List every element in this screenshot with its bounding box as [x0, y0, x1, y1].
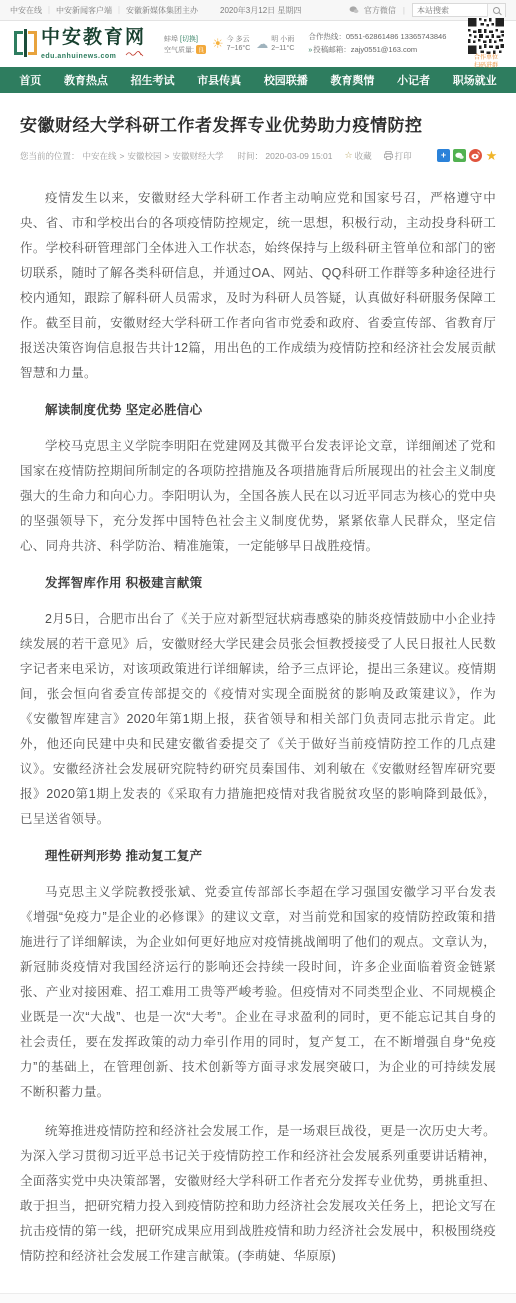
topbar-divider: | [403, 6, 405, 15]
contact-info: 合作热线：0551-62861486 13365743846 »投稿邮箱：zaj… [308, 30, 446, 58]
breadcrumb-separator: > [120, 151, 125, 161]
search-icon [493, 7, 500, 14]
weather-switch-link[interactable]: [切换] [180, 34, 198, 44]
logo-brackets-icon [14, 30, 37, 56]
printer-icon [384, 151, 393, 160]
sun-icon: ☀ [212, 36, 224, 52]
site-name: 中安教育网 [41, 28, 146, 47]
qr-caption-line1: 合作单位 [464, 55, 508, 62]
weather-today-temp: 7~16°C [227, 44, 251, 53]
paragraph: 疫情发生以来，安徽财经大学科研工作者主动响应党和国家号召，严格遵守中央、省、市和… [20, 186, 496, 386]
nav-item-campus-broadcast[interactable]: 校园联播 [264, 72, 308, 88]
qr-code-block: 合作单位 扫码进群 [464, 18, 508, 69]
section-heading: 理性研判形势 推动复工复产 [20, 846, 496, 864]
wechat-icon [349, 6, 359, 14]
weather-city: 蚌埠 [164, 34, 178, 44]
air-quality-label: 空气质量: [164, 45, 194, 55]
site-url: edu.anhuinews.com [41, 50, 146, 60]
nav-item-career[interactable]: 职场就业 [453, 72, 497, 88]
weather-tomorrow-label: 明 小雨 [271, 35, 294, 44]
email-label: 投稿邮箱： [313, 45, 351, 54]
article-body: 疫情发生以来，安徽财经大学科研工作者主动响应党和国家号召，严格遵守中央、省、市和… [18, 172, 498, 1269]
nav-item-junior-reporter[interactable]: 小记者 [397, 72, 430, 88]
collect-button[interactable]: ☆ 收藏 [345, 150, 372, 162]
breadcrumb-item-home[interactable]: 中安在线 [83, 150, 117, 162]
share-toolbar: + ★ [437, 149, 498, 162]
share-weibo-button[interactable] [469, 149, 482, 162]
section-heading: 解读制度优势 坚定必胜信心 [20, 400, 496, 418]
nav-item-county-fax[interactable]: 市县传真 [197, 72, 241, 88]
publish-time: 2020-03-09 15:01 [265, 151, 332, 161]
site-logo[interactable]: 中安教育网 edu.anhuinews.com [14, 28, 146, 60]
qr-caption-line2: 扫码进群 [464, 63, 508, 70]
topbar-link-news-app[interactable]: 中安新闻客户端 [56, 5, 112, 16]
paragraph: 马克思主义学院教授张斌、党委宣传部部长李超在学习强国安徽学习平台发表《增强“免疫… [20, 880, 496, 1105]
current-date: 2020年3月12日 星期四 [220, 5, 301, 16]
weather-tomorrow-temp: 2~11°C [271, 44, 294, 53]
weather-today-label: 今 多云 [227, 35, 251, 44]
main-nav: 首页 教育热点 招生考试 市县传真 校园联播 教育舆情 小记者 职场就业 [0, 67, 516, 93]
top-utility-bar: 中安在线 ｜ 中安新闻客户端 ｜ 安徽新媒体集团主办 2020年3月12日 星期… [0, 0, 516, 21]
share-more-button[interactable]: + [437, 149, 450, 162]
section-heading: 发挥智库作用 积极建言献策 [20, 573, 496, 591]
arrow-icon: » [308, 47, 312, 54]
article-meta-row: 您当前的位置： 中安在线 > 安徽校园 > 安徽财经大学 时间： 2020-03… [18, 146, 498, 172]
site-search [412, 3, 506, 17]
paragraph: 统筹推进疫情防控和经济社会发展工作，是一场艰巨战役，更是一次历史大考。为深入学习… [20, 1119, 496, 1269]
nav-item-home[interactable]: 首页 [19, 72, 41, 88]
print-button[interactable]: 打印 [384, 150, 412, 162]
breadcrumb-item-university[interactable]: 安徽财经大学 [172, 150, 223, 162]
article-title: 安徽财经大学科研工作者发挥专业优势助力疫情防控 [20, 111, 498, 136]
topbar-link-zhonganonline[interactable]: 中安在线 [10, 5, 42, 16]
favorite-star-button[interactable]: ★ [485, 149, 498, 162]
search-button[interactable] [487, 4, 505, 17]
signature-mark-icon [125, 53, 145, 60]
time-label: 时间： [238, 151, 264, 161]
nav-item-edu-opinion[interactable]: 教育舆情 [330, 72, 374, 88]
topbar-separator: ｜ [115, 5, 123, 16]
air-quality-badge: 良 [196, 45, 206, 54]
share-wechat-button[interactable] [453, 149, 466, 162]
hotline-label: 合作热线： [308, 32, 346, 41]
breadcrumb-separator: > [165, 151, 170, 161]
search-input[interactable] [413, 4, 487, 16]
article-container: 安徽财经大学科研工作者发挥专业优势助力疫情防控 您当前的位置： 中安在线 > 安… [0, 93, 516, 1289]
breadcrumb-item-campus[interactable]: 安徽校园 [128, 150, 162, 162]
weather-widget: 蚌埠 [切换] 空气质量: 良 ☀ 今 多云 7~16°C ☁ 明 小雨 2~1… [164, 33, 294, 56]
breadcrumb-label: 您当前的位置： [20, 150, 80, 162]
paragraph: 学校马克思主义学院李明阳在党建网及其微平台发表评论文章，详细阐述了党和国家在疫情… [20, 434, 496, 559]
paragraph: 2月5日，合肥市出台了《关于应对新型冠状病毒感染的肺炎疫情鼓励中小企业持续发展的… [20, 607, 496, 832]
page-footer-strip [0, 1293, 516, 1303]
topbar-link-media-group[interactable]: 安徽新媒体集团主办 [126, 5, 198, 16]
nav-item-admissions-exams[interactable]: 招生考试 [131, 72, 175, 88]
nav-item-edu-hotspots[interactable]: 教育热点 [64, 72, 108, 88]
site-header: 中安教育网 edu.anhuinews.com 蚌埠 [切换] 空气质量: 良 … [0, 21, 516, 67]
email-address: zajy0551@163.com [351, 45, 417, 54]
rain-cloud-icon: ☁ [256, 37, 268, 51]
star-outline-icon: ☆ [345, 150, 353, 161]
topbar-separator: ｜ [45, 5, 53, 16]
qr-code-image [468, 18, 504, 54]
hotline-numbers: 0551-62861486 13365743846 [346, 32, 447, 41]
official-wechat-link[interactable]: 官方微信 [364, 5, 396, 16]
